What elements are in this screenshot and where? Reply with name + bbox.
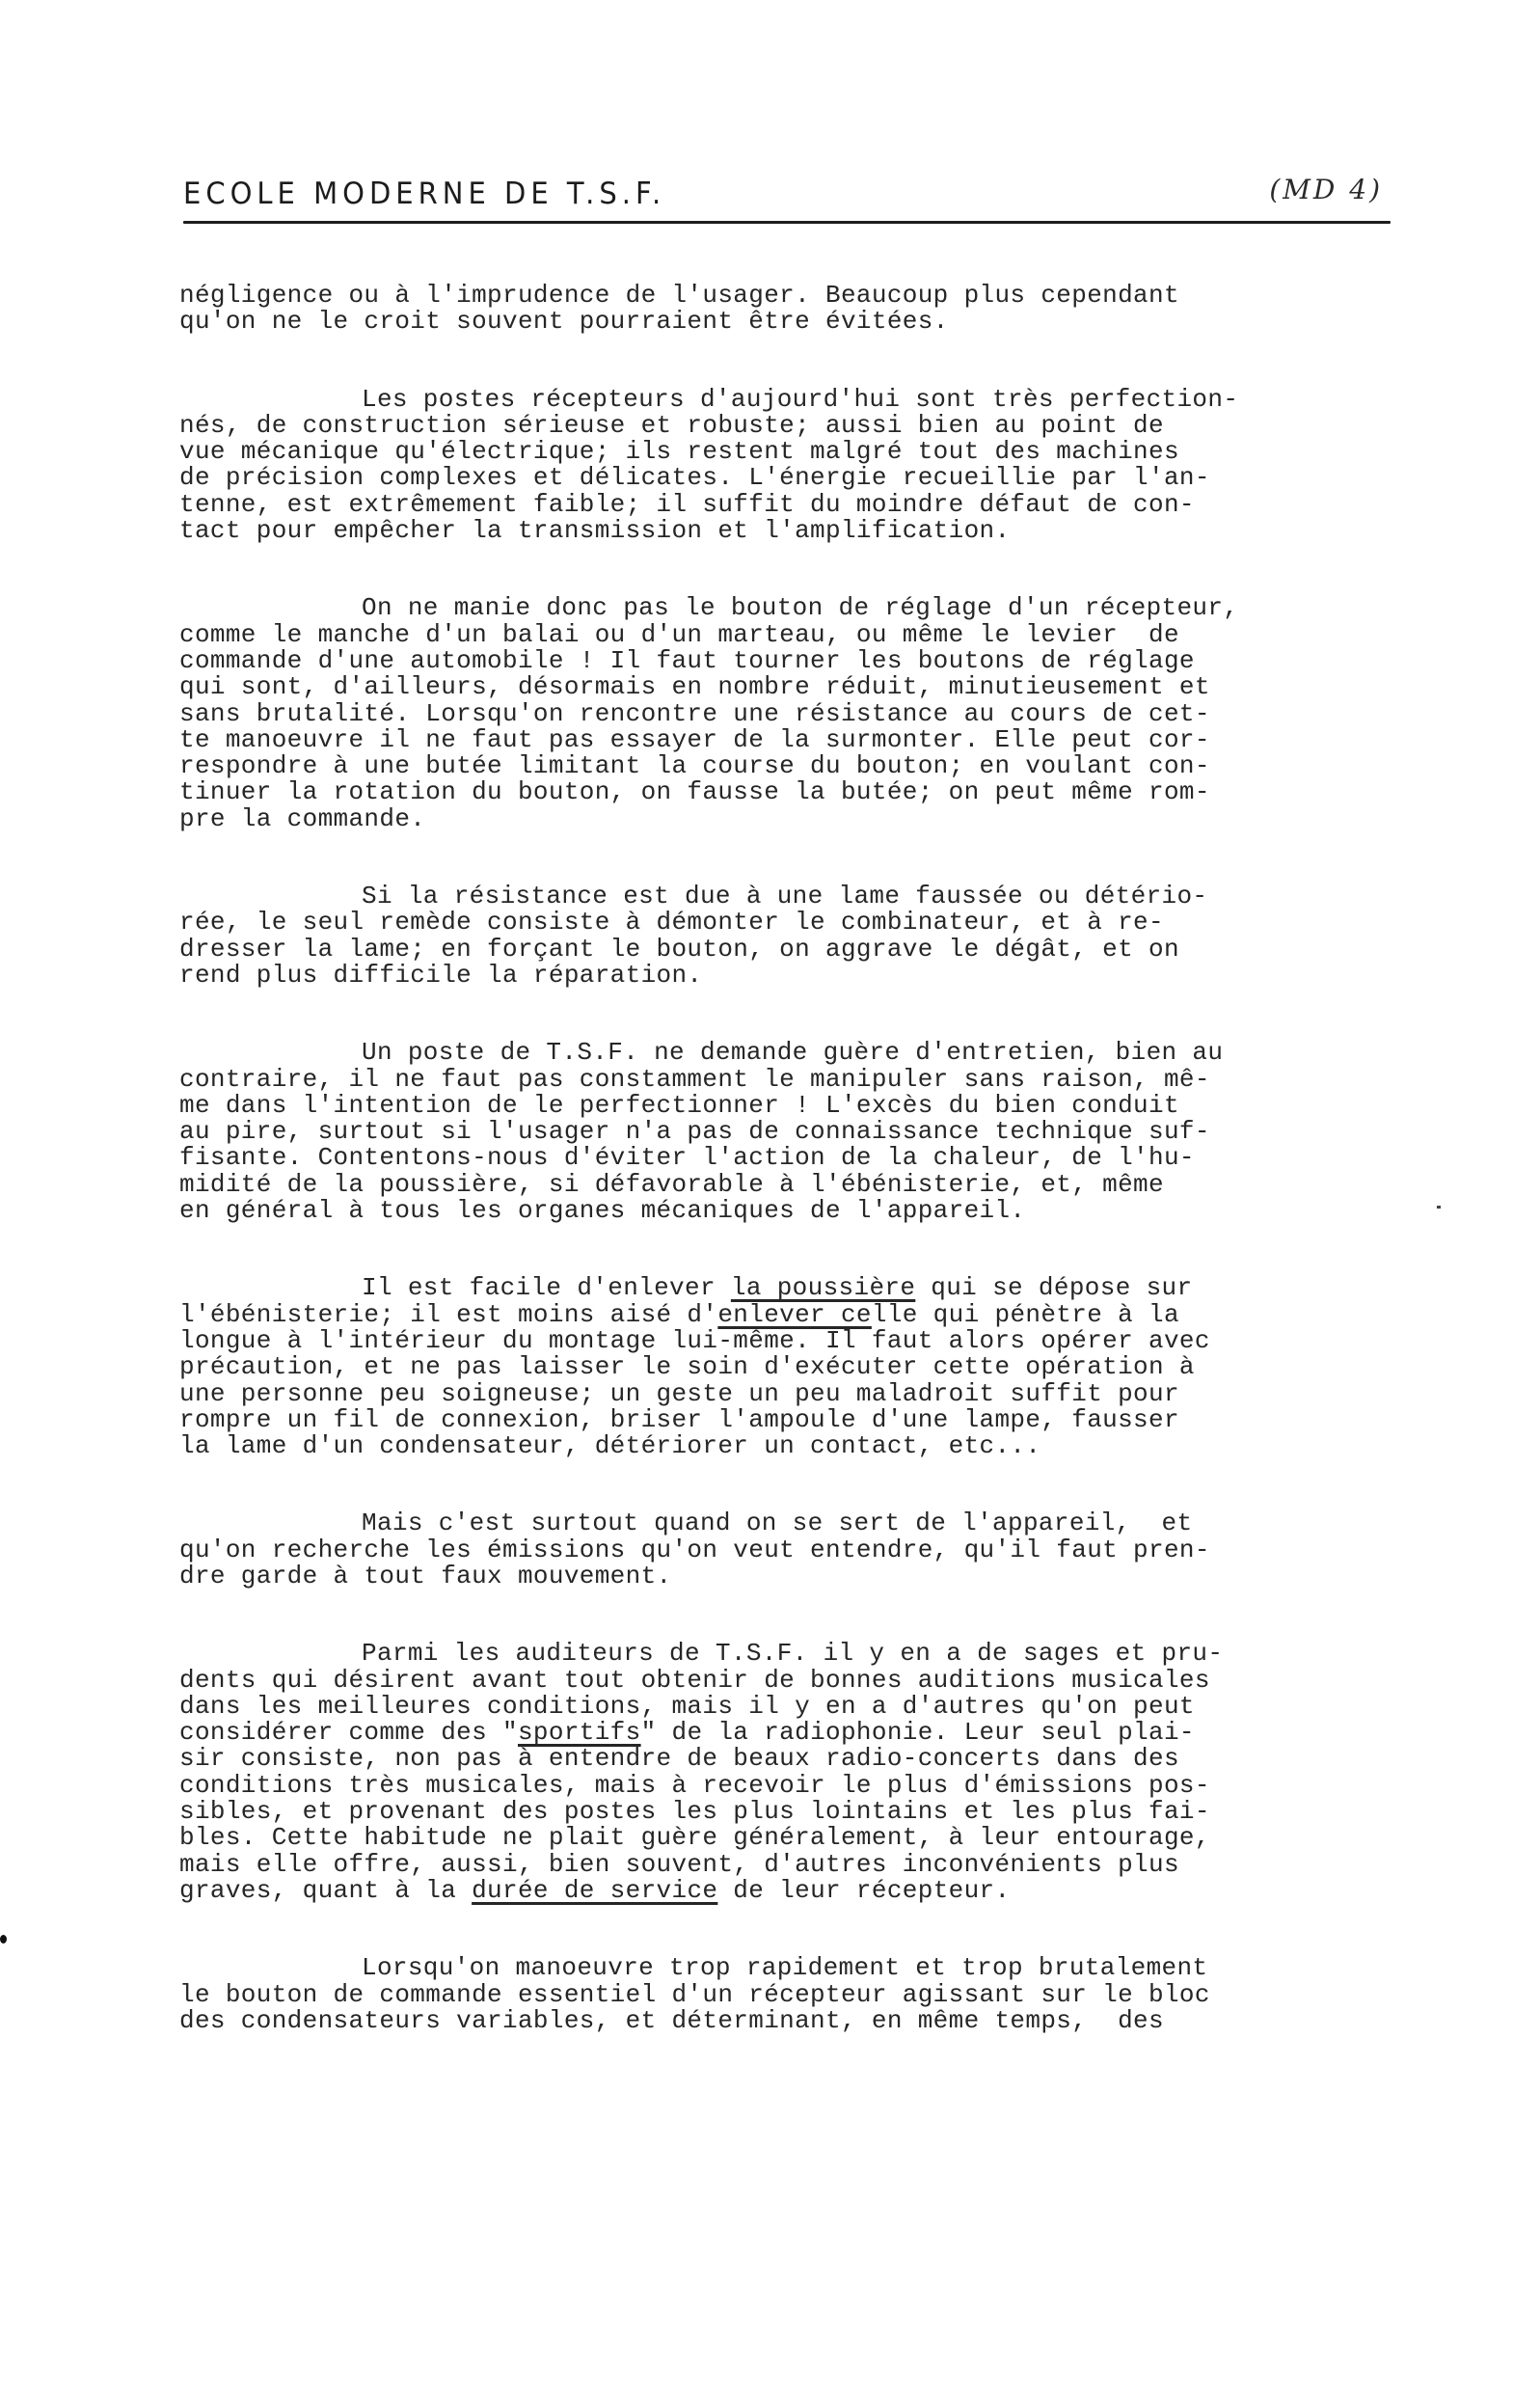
paragraph: Mais c'est surtout quand on se sert de l… — [179, 1510, 1423, 1590]
text-line: qui sont, d'ailleurs, désormais en nombr… — [179, 674, 1423, 700]
text-line: me dans l'intention de le perfectionner … — [179, 1093, 1423, 1119]
text-line: conditions très musicales, mais à recevo… — [179, 1773, 1423, 1799]
paragraph: Si la résistance est due à une lame faus… — [179, 883, 1423, 989]
body-text: négligence ou à l'imprudence de l'usager… — [179, 283, 1423, 2085]
paragraph: On ne manie donc pas le bouton de réglag… — [179, 595, 1423, 832]
text-line: pre la commande. — [179, 806, 1423, 832]
text-line: qu'on recherche les émissions qu'on veut… — [179, 1537, 1423, 1563]
text-line: commande d'une automobile ! Il faut tour… — [179, 648, 1423, 674]
text-line: graves, quant à la durée de service de l… — [179, 1878, 1423, 1904]
text-line: rée, le seul remède consiste à démonter … — [179, 910, 1423, 936]
paragraph: Les postes récepteurs d'aujourd'hui sont… — [179, 387, 1423, 545]
text-line: des condensateurs variables, et détermin… — [179, 2008, 1423, 2034]
text-line: en général à tous les organes mécaniques… — [179, 1198, 1423, 1224]
text-line: mais elle offre, aussi, bien souvent, d'… — [179, 1852, 1423, 1878]
text-line: te manoeuvre il ne faut pas essayer de l… — [179, 727, 1423, 753]
page-header: ECOLE MODERNE DE T.S.F. (MD 4) — [183, 172, 1391, 216]
text-line: dans les meilleures conditions, mais il … — [179, 1694, 1423, 1720]
text-line: midité de la poussière, si défavorable à… — [179, 1172, 1423, 1198]
text-line: nés, de construction sérieuse et robuste… — [179, 413, 1423, 439]
text-line: dre garde à tout faux mouvement. — [179, 1563, 1423, 1590]
scanned-page: ECOLE MODERNE DE T.S.F. (MD 4) négligenc… — [0, 0, 1540, 2392]
text-line: le bouton de commande essentiel d'un réc… — [179, 1982, 1423, 2008]
text-line: sir consiste, non pas à entendre de beau… — [179, 1746, 1423, 1772]
paragraph: négligence ou à l'imprudence de l'usager… — [179, 283, 1423, 336]
scan-speck — [1437, 1206, 1441, 1209]
text-line: une personne peu soigneuse; un geste un … — [179, 1381, 1423, 1407]
text-line: négligence ou à l'imprudence de l'usager… — [179, 283, 1423, 309]
underlined-text: durée de service — [472, 1876, 717, 1905]
text-line: l'ébénisterie; il est moins aisé d'enlev… — [179, 1302, 1423, 1328]
text-line: longue à l'intérieur du montage lui-même… — [179, 1328, 1423, 1354]
text-line: qu'on ne le croit souvent pourraient êtr… — [179, 309, 1423, 335]
document-reference: (MD 4) — [1269, 174, 1383, 205]
underlined-text: la poussière — [731, 1273, 915, 1302]
text-line: Un poste de T.S.F. ne demande guère d'en… — [179, 1040, 1423, 1066]
text-line: Lorsqu'on manoeuvre trop rapidement et t… — [179, 1955, 1423, 1981]
scan-punch-mark — [0, 1935, 7, 1943]
underlined-text: sportifs — [518, 1718, 641, 1747]
text-line: précaution, et ne pas laisser le soin d'… — [179, 1354, 1423, 1380]
text-line: sans brutalité. Lorsqu'on rencontre une … — [179, 701, 1423, 727]
text-line: tinuer la rotation du bouton, on fausse … — [179, 779, 1423, 805]
text-line: de précision complexes et délicates. L'é… — [179, 465, 1423, 491]
underlined-text: enlever ce — [717, 1300, 872, 1329]
paragraph: Il est facile d'enlever la poussière qui… — [179, 1275, 1423, 1459]
text-line: Il est facile d'enlever la poussière qui… — [179, 1275, 1423, 1301]
text-line: contraire, il ne faut pas constamment le… — [179, 1067, 1423, 1093]
text-line: vue mécanique qu'électrique; ils restent… — [179, 439, 1423, 465]
text-line: Les postes récepteurs d'aujourd'hui sont… — [179, 387, 1423, 413]
text-line: rend plus difficile la réparation. — [179, 963, 1423, 989]
text-line: respondre à une butée limitant la course… — [179, 753, 1423, 779]
text-line: Mais c'est surtout quand on se sert de l… — [179, 1510, 1423, 1536]
paragraph: Lorsqu'on manoeuvre trop rapidement et t… — [179, 1955, 1423, 2034]
text-line: comme le manche d'un balai ou d'un marte… — [179, 622, 1423, 648]
text-line: considérer comme des "sportifs" de la ra… — [179, 1720, 1423, 1746]
text-line: bles. Cette habitude ne plait guère géné… — [179, 1825, 1423, 1851]
header-rule — [183, 221, 1391, 224]
paragraph: Un poste de T.S.F. ne demande guère d'en… — [179, 1040, 1423, 1224]
text-line: dents qui désirent avant tout obtenir de… — [179, 1668, 1423, 1694]
text-line: dresser la lame; en forçant le bouton, o… — [179, 937, 1423, 963]
paragraph: Parmi les auditeurs de T.S.F. il y en a … — [179, 1641, 1423, 1904]
text-line: rompre un fil de connexion, briser l'amp… — [179, 1407, 1423, 1433]
text-line: la lame d'un condensateur, détériorer un… — [179, 1433, 1423, 1459]
text-line: sibles, et provenant des postes les plus… — [179, 1799, 1423, 1825]
text-line: fisante. Contentons-nous d'éviter l'acti… — [179, 1145, 1423, 1171]
school-title: ECOLE MODERNE DE T.S.F. — [183, 176, 665, 211]
text-line: tenne, est extrêmement faible; il suffit… — [179, 492, 1423, 518]
text-line: Parmi les auditeurs de T.S.F. il y en a … — [179, 1641, 1423, 1667]
text-line: au pire, surtout si l'usager n'a pas de … — [179, 1119, 1423, 1145]
text-line: Si la résistance est due à une lame faus… — [179, 883, 1423, 910]
text-line: tact pour empêcher la transmission et l'… — [179, 518, 1423, 544]
text-line: On ne manie donc pas le bouton de réglag… — [179, 595, 1423, 621]
